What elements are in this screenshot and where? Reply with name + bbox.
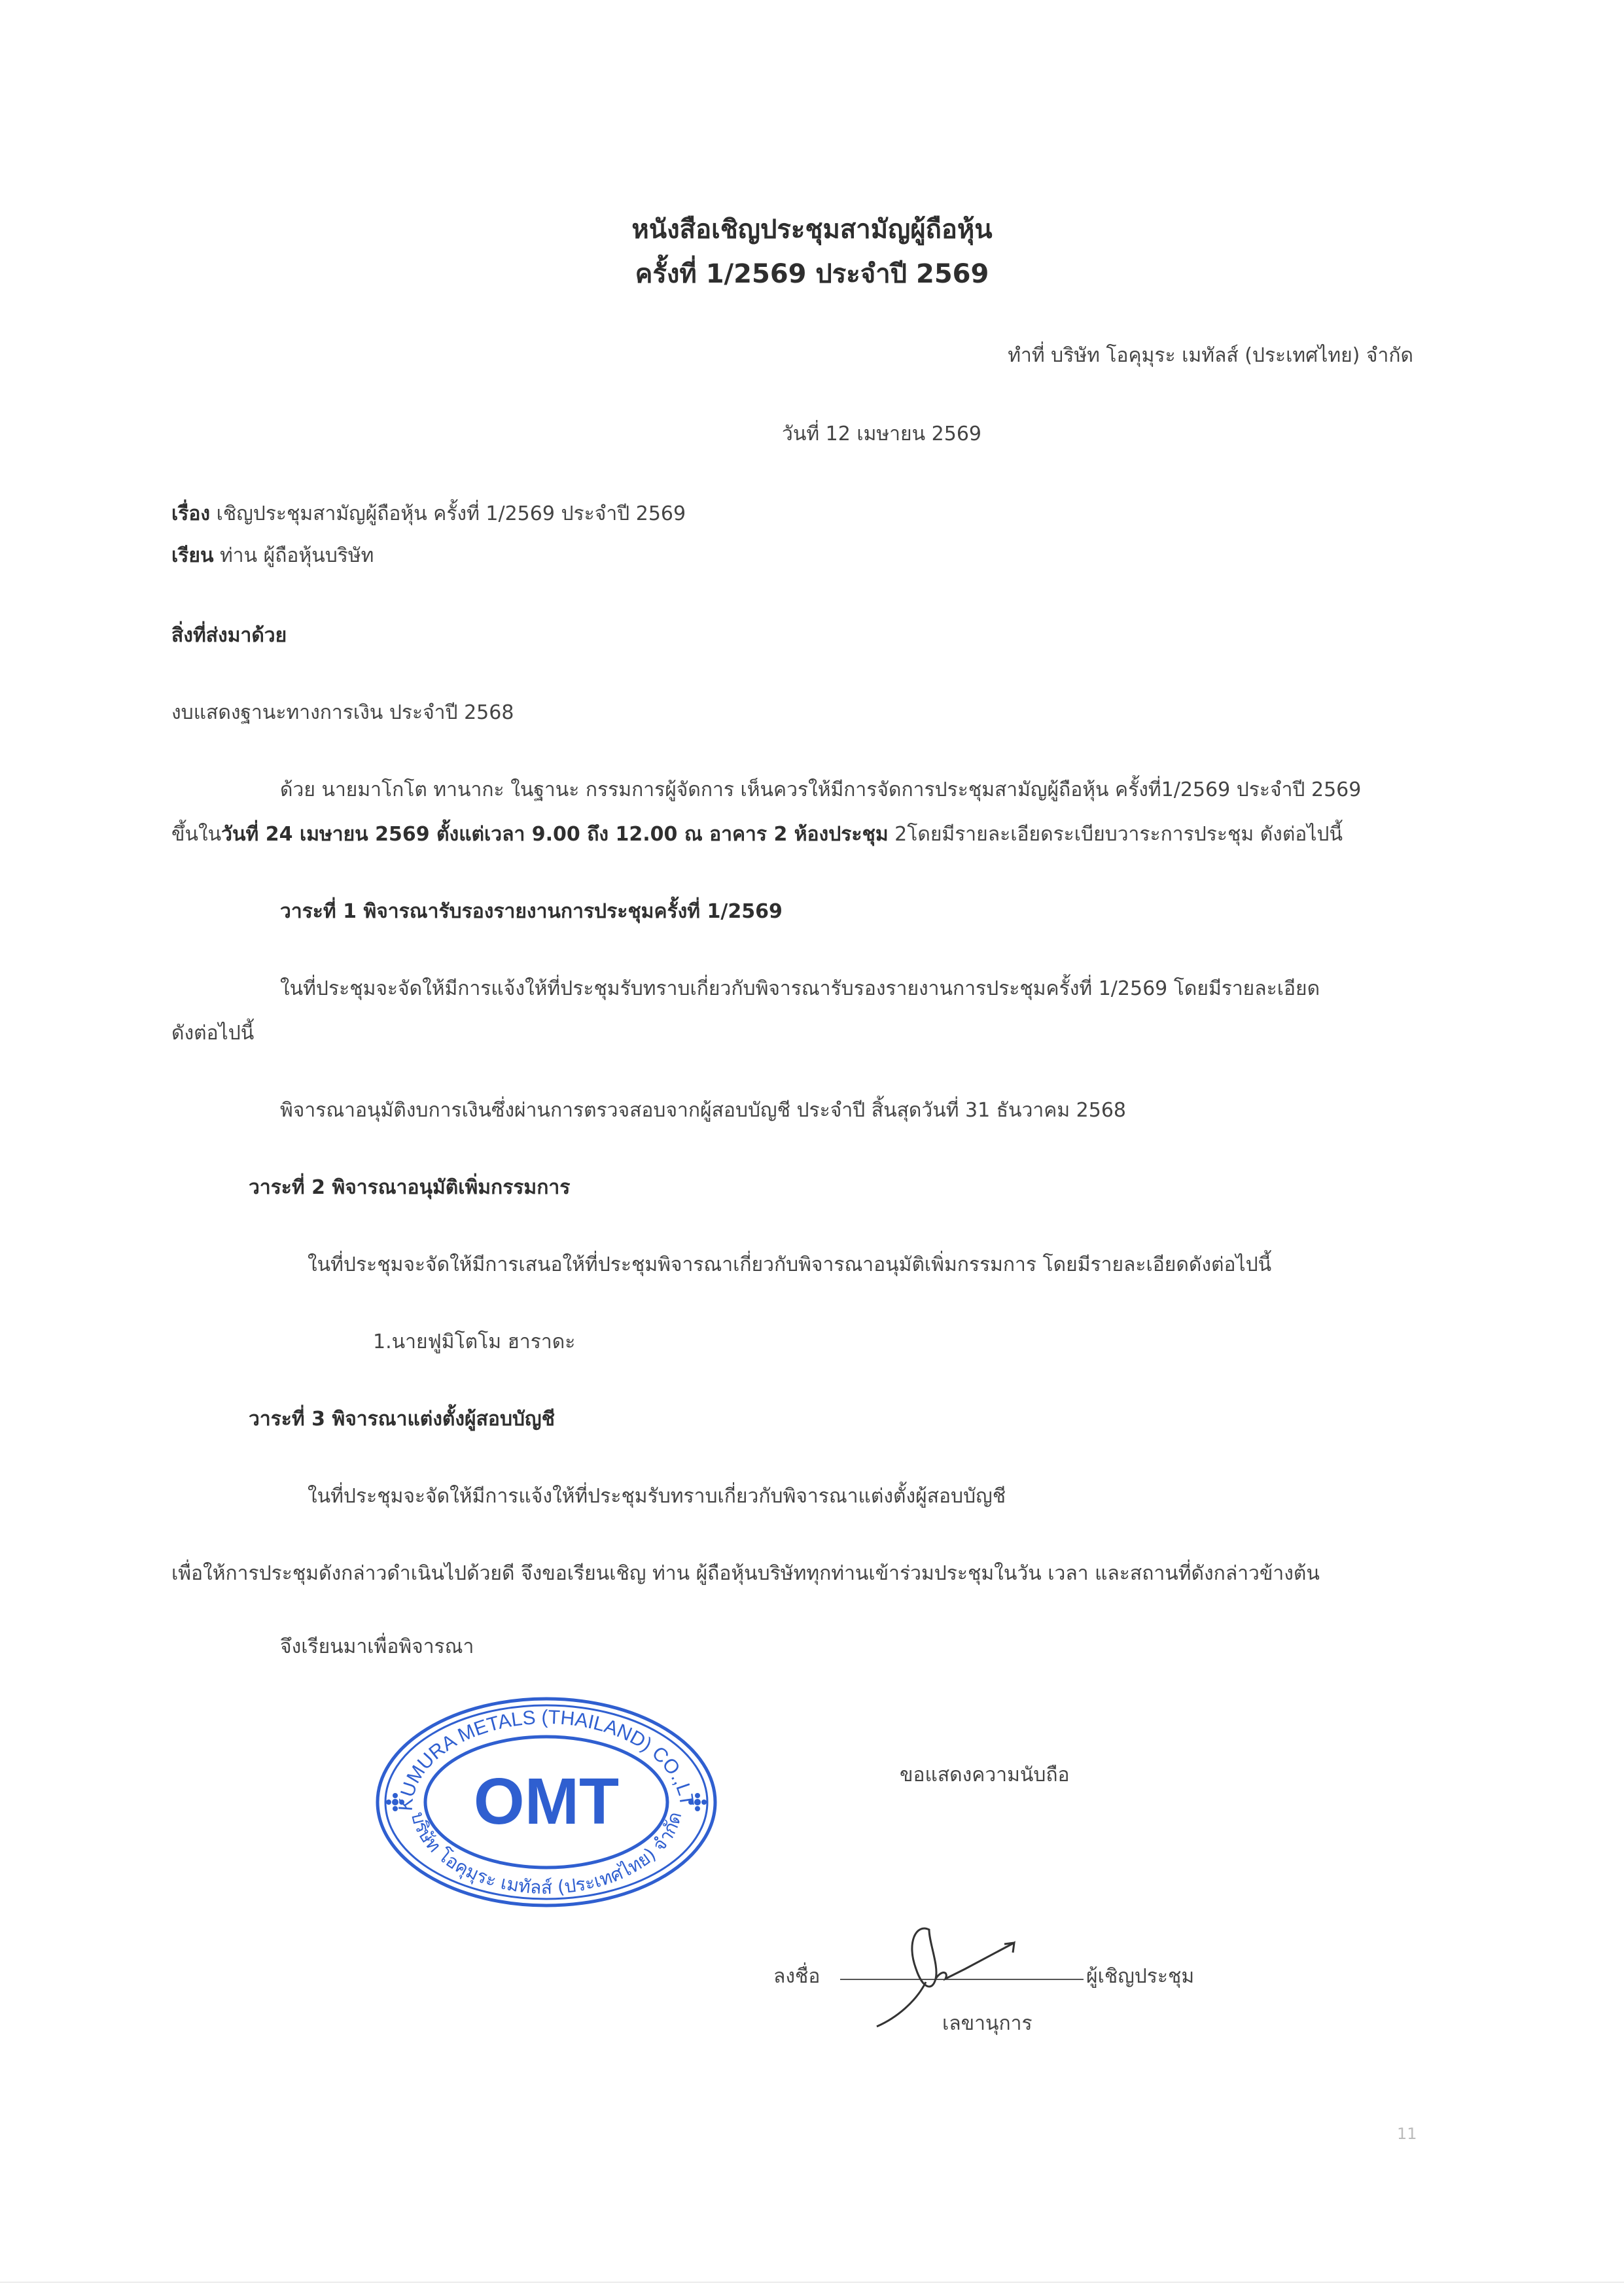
closing-request: จึงเรียนมาเพื่อพิจารณา (280, 1631, 474, 1662)
issuer-line: ทำที่ บริษัท โอคุมุระ เมทัลส์ (ประเทศไทย… (1008, 340, 1413, 371)
agenda-2-nominee: 1.นายฟูมิโตโม ฮาราดะ (373, 1327, 575, 1357)
agenda-3-heading: วาระที่ 3 พิจารณาแต่งตั้งผู้สอบบัญชี (249, 1404, 555, 1435)
company-seal-icon: OKUMURA METALS (THAILAND) CO.,LTD. บริษั… (373, 1694, 720, 1910)
recipient-line: เรียน ท่าน ผู้ถือหุ้นบริษัท (171, 540, 374, 571)
subject-text: เชิญประชุมสามัญผู้ถือหุ้น ครั้งที่ 1/256… (217, 502, 686, 525)
agenda-1-heading: วาระที่ 1 พิจารณารับรองรายงานการประชุมคร… (280, 896, 783, 927)
subject-label: เรื่อง (171, 502, 210, 525)
agenda-1-detail: พิจารณาอนุมัติงบการเงินซึ่งผ่านการตรวจสอ… (280, 1095, 1126, 1126)
intro-line1: ด้วย นายมาโกโต ทานากะ ในฐานะ กรรมการผู้จ… (280, 774, 1361, 805)
intro-line2-pre: ขึ้นใน (171, 823, 221, 846)
enclosure-label: สิ่งที่ส่งมาด้วย (171, 620, 287, 651)
agenda-2-heading: วาระที่ 2 พิจารณาอนุมัติเพิ่มกรรมการ (249, 1172, 570, 1203)
recipient-text: ท่าน ผู้ถือหุ้นบริษัท (220, 544, 374, 567)
intro-line2-post: 2โดยมีรายละเอียดระเบียบวาระการประชุม ดัง… (889, 823, 1343, 846)
document-title-line2: ครั้งที่ 1/2569 ประจำปี 2569 (0, 252, 1624, 294)
document-title-line1: หนังสือเชิญประชุมสามัญผู้ถือหุ้น (0, 208, 1624, 250)
page-number: 11 (1397, 2125, 1417, 2143)
meeting-datetime-venue: วันที่ 24 เมษายน 2569 ตั้งแต่เวลา 9.00 ถ… (221, 823, 888, 846)
enclosure-item: งบแสดงฐานะทางการเงิน ประจำปี 2568 (171, 697, 514, 728)
intro-line2: ขึ้นในวันที่ 24 เมษายน 2569 ตั้งแต่เวลา … (171, 819, 1343, 850)
signatory-position: เลขานุการ (942, 2008, 1033, 2039)
agenda-1-body-line2: ดังต่อไปนี้ (171, 1018, 254, 1049)
subject-line: เรื่อง เชิญประชุมสามัญผู้ถือหุ้น ครั้งที… (171, 498, 686, 529)
recipient-label: เรียน (171, 544, 213, 567)
page-bottom-edge (0, 2282, 1624, 2283)
signature-role: ผู้เชิญประชุม (1086, 1961, 1194, 1992)
agenda-3-body: ในที่ประชุมจะจัดให้มีการแจ้งให้ที่ประชุม… (308, 1481, 1006, 1512)
agenda-1-body-line1: ในที่ประชุมจะจัดให้มีการแจ้งให้ที่ประชุม… (280, 973, 1320, 1004)
agenda-2-body: ในที่ประชุมจะจัดให้มีการเสนอให้ที่ประชุม… (308, 1249, 1271, 1280)
closing-invitation: เพื่อให้การประชุมดังกล่าวดำเนินไปด้วยดี … (171, 1558, 1320, 1589)
svg-text:OMT: OMT (474, 1765, 619, 1838)
company-stamp: OKUMURA METALS (THAILAND) CO.,LTD. บริษั… (373, 1694, 720, 1910)
closing-regards: ขอแสดงความนับถือ (900, 1760, 1070, 1790)
signature-label: ลงชื่อ (773, 1961, 820, 1992)
document-date: วันที่ 12 เมษายน 2569 (782, 419, 981, 449)
